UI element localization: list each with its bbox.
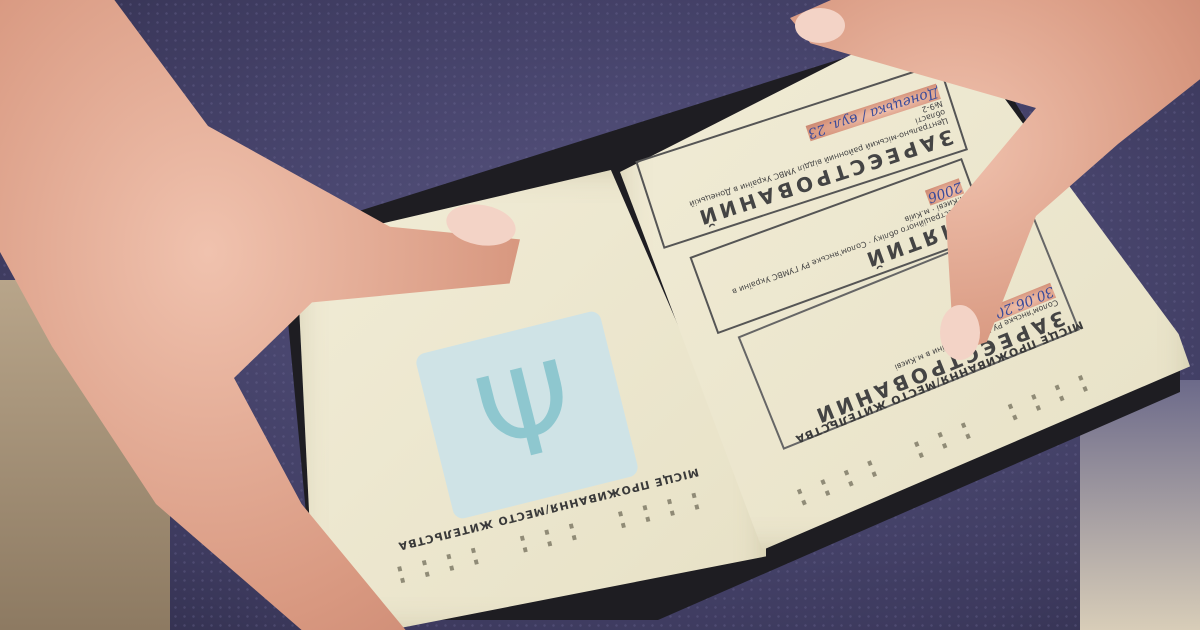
- right-fingernail: [940, 305, 980, 360]
- right-thumbnail: [795, 8, 845, 43]
- trident-icon: Ψ: [467, 345, 588, 484]
